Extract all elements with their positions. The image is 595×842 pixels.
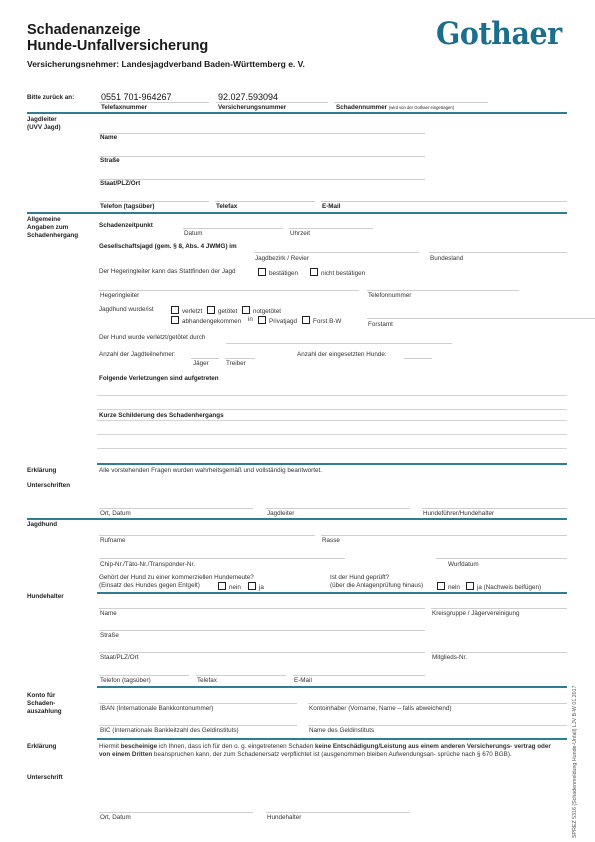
section-signatures: Unterschriften <box>27 482 70 490</box>
checkbox-icon <box>171 316 179 324</box>
participants-label: Anzahl der Jagdteilnehmer: <box>99 351 176 358</box>
fax-number-value[interactable]: 0551 701-964267 <box>101 92 172 102</box>
checkbox-icon <box>207 306 215 314</box>
ring-leader-field[interactable]: Hegeringleiter <box>100 292 139 299</box>
jagdleiter-fax-field[interactable]: Telefax <box>216 203 237 210</box>
checkbox-icon <box>437 582 445 590</box>
handler-signature-field[interactable]: Hundeführer/Hundehalter <box>423 510 494 517</box>
iban-field[interactable]: IBAN (Internationale Bankkontonummer) <box>100 705 213 712</box>
pack-no-checkbox[interactable]: nein <box>218 582 241 591</box>
section-general: AllgemeineAngaben zumSchadenhergang <box>27 216 78 240</box>
owner-signature-field[interactable]: Hundehalter <box>267 814 301 821</box>
gothaer-logo: Gothaer <box>436 16 562 52</box>
tested-question: Ist der Hund geprüft? <box>330 574 389 581</box>
date-field[interactable]: Datum <box>184 230 203 237</box>
injured-checkbox[interactable]: verletzt <box>171 306 202 315</box>
hunt-label: Gesellschaftsjagd (gem. § 8, Abs. 4 JWMG… <box>99 243 237 250</box>
district-field[interactable]: Jagdbezirk / Revier <box>255 255 309 262</box>
policy-number-label: Versicherungsnummer <box>218 104 286 111</box>
bank-name-field[interactable]: Name des Geldinstituts <box>309 727 374 734</box>
cause-field[interactable] <box>226 343 452 344</box>
damage-time-label: Schadenzeitpunkt <box>99 222 153 229</box>
section-owner: Hundehalter <box>27 593 64 601</box>
killed-checkbox[interactable]: getötet <box>207 306 237 315</box>
policy-number-value[interactable]: 92.027.593094 <box>218 92 278 102</box>
injuries-line[interactable] <box>97 409 567 410</box>
pack-question: Gehört der Hund zu einer kommerziellen H… <box>99 574 254 581</box>
jagdleiter-phone-field[interactable]: Telefon (tagsüber) <box>100 203 154 210</box>
jagdleiter-email-field[interactable]: E-Mail <box>322 203 341 210</box>
section-declaration-2: Erklärung <box>27 743 56 751</box>
description-line[interactable] <box>97 420 567 421</box>
jagdleiter-name-field[interactable]: Name <box>100 134 117 141</box>
dogs-used-field[interactable] <box>404 358 432 359</box>
phone-number-field[interactable]: Telefonnummer <box>368 292 411 299</box>
checkbox-icon <box>466 582 474 590</box>
section-signature: Unterschrift <box>27 774 63 782</box>
account-holder-field[interactable]: Kontoinhaber (Vorname, Name – falls abwe… <box>309 705 451 712</box>
divider <box>97 592 567 594</box>
birth-date-field[interactable]: Wurfdatum <box>448 561 479 568</box>
call-name-field[interactable]: Rufname <box>100 537 126 544</box>
state-field[interactable]: Bundesland <box>430 255 463 262</box>
injuries-line[interactable] <box>97 395 567 396</box>
confirm-no-checkbox[interactable]: nicht bestätigen <box>310 268 365 277</box>
beaters-field[interactable]: Treiber <box>226 360 246 367</box>
section-account: Konto fürSchaden-auszahlung <box>27 692 62 716</box>
owner-name-field[interactable]: Name <box>100 610 117 617</box>
pack-yes-checkbox[interactable]: ja <box>248 582 264 591</box>
description-label: Kurze Schilderung des Schadenhergangs <box>99 412 224 419</box>
section-dog: Jagdhund <box>27 521 57 529</box>
private-hunt-checkbox[interactable]: Privatjagd <box>258 316 297 325</box>
checkbox-icon <box>258 316 266 324</box>
description-line[interactable] <box>97 448 567 449</box>
breed-field[interactable]: Rasse <box>322 537 340 544</box>
section-declaration: Erklärung <box>27 467 56 475</box>
place-date-field-2[interactable]: Ort, Datum <box>100 814 131 821</box>
injuries-label: Folgende Verletzungen sind aufgetreten <box>99 375 219 382</box>
hunters-field[interactable]: Jäger <box>193 360 209 367</box>
owner-street-field[interactable]: Straße <box>100 632 119 639</box>
return-label: Bitte zurück an: <box>27 94 74 101</box>
divider <box>97 738 567 740</box>
owner-email-field[interactable]: E-Mail <box>294 677 312 684</box>
fax-number-label: Telefaxnummer <box>101 104 147 111</box>
owner-member-field[interactable]: Mitglieds-Nr. <box>432 654 467 661</box>
chip-field[interactable]: Chip-Nr./Täto-Nr./Transponder-Nr. <box>100 561 195 568</box>
tested-no-checkbox[interactable]: nein <box>437 582 460 591</box>
form-title: Schadenanzeige <box>27 22 141 38</box>
forest-checkbox[interactable]: Forst B-W <box>302 316 341 325</box>
confirm-yes-checkbox[interactable]: bestätigen <box>258 268 298 277</box>
jagdleiter-city-field[interactable]: Staat/PLZ/Ort <box>100 180 140 187</box>
checkbox-icon <box>218 582 226 590</box>
divider <box>97 463 567 465</box>
checkbox-icon <box>302 316 310 324</box>
owner-group-field[interactable]: Kreisgruppe / Jägervereinigung <box>432 610 520 617</box>
pack-question-note: (Einsatz des Hundes gegen Entgelt) <box>99 582 200 589</box>
form-subtitle: Hunde-Unfallversicherung <box>27 38 208 54</box>
forestry-office-field[interactable]: Forstamt <box>368 321 393 328</box>
checkbox-icon <box>242 306 250 314</box>
time-field[interactable]: Uhrzeit <box>290 230 310 237</box>
checkbox-icon <box>171 306 179 314</box>
declaration-text: Alle vorstehenden Fragen wurden wahrheit… <box>99 467 322 474</box>
claim-number-label[interactable]: Schadennummer (wird von der Gothaer eing… <box>336 104 454 111</box>
checkbox-icon <box>310 268 318 276</box>
leader-signature-field[interactable]: Jagdleiter <box>267 510 294 517</box>
owner-city-field[interactable]: Staat/PLZ/Ort <box>100 654 139 661</box>
description-line[interactable] <box>97 434 567 435</box>
dog-status-label: Jagdhund wurde/ist <box>99 306 154 313</box>
cause-label: Der Hund wurde verletzt/getötet durch <box>99 334 205 341</box>
confirm-text: Der Hegeringleiter kann das Stattfinden … <box>99 268 236 275</box>
owner-phone-field[interactable]: Telefon (tagsüber) <box>100 677 151 684</box>
tested-question-note: (über die Anlagenprüfung hinaus) <box>330 582 423 589</box>
divider <box>97 686 567 688</box>
divider <box>27 212 567 214</box>
in-label: in <box>248 316 253 323</box>
place-date-field[interactable]: Ort, Datum <box>100 510 131 517</box>
section-jagdleiter: Jagdleiter(UVV Jagd) <box>27 116 61 132</box>
tested-yes-checkbox[interactable]: ja (Nachweis beifügen) <box>466 582 541 591</box>
bic-field[interactable]: BIC (Internationale Bankleitzahl des Gel… <box>100 727 239 734</box>
divider <box>27 112 567 114</box>
divider <box>27 518 567 520</box>
checkbox-icon <box>248 582 256 590</box>
declaration-2-text: Hiermit bescheinige ich Ihnen, dass ich … <box>99 743 559 759</box>
form-reference: SPREZ 5316 (Schadenmeldung Hunde-Unfall)… <box>572 685 578 838</box>
owner-fax-field[interactable]: Telefax <box>197 677 217 684</box>
checkbox-icon <box>258 268 266 276</box>
emergency-killed-checkbox[interactable]: notgetötet <box>242 306 281 315</box>
dogs-used-label: Anzahl der eingesetzten Hunde: <box>297 351 387 358</box>
lost-checkbox[interactable]: abhandengekommen <box>171 316 241 325</box>
jagdleiter-street-field[interactable]: Straße <box>100 157 120 164</box>
policyholder: Versicherungsnehmer: Landesjagdverband B… <box>27 59 305 69</box>
